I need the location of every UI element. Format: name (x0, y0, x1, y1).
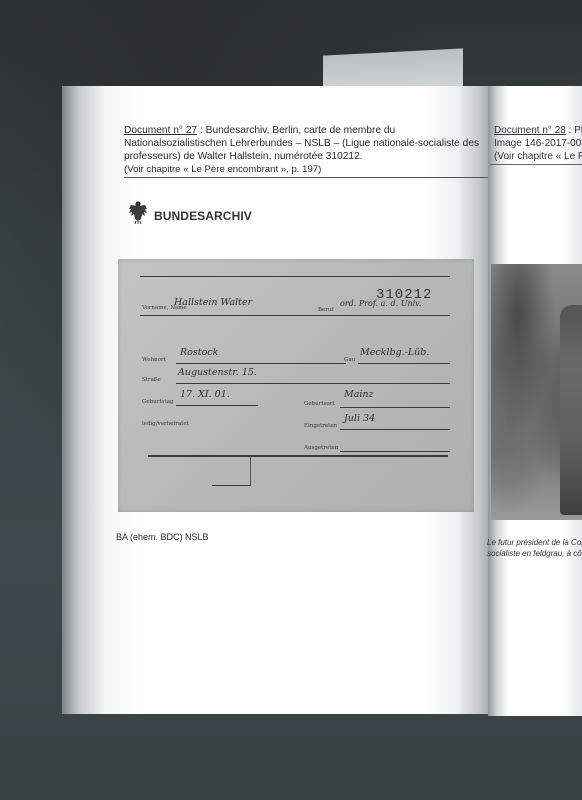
field-label: Beruf (318, 307, 334, 313)
card-rule (140, 276, 450, 277)
caption-text: : Ph (566, 125, 582, 136)
card-rule (140, 315, 450, 316)
card-rule (148, 455, 448, 457)
field-value: Juli 34 (344, 413, 375, 424)
field-label: ledig/verheiratet (142, 421, 189, 427)
photo-caption: Le futur président de la Com socialiste … (487, 537, 582, 559)
field-label: Eingetreten (304, 423, 337, 429)
bundesarchiv-logo: BUNDESARCHIV (128, 200, 252, 224)
caption-line: Image 146-2017-002, ( (494, 138, 582, 149)
membership-card: 310212 Vorname, Name Hallstein Walter Be… (118, 259, 474, 512)
card-rule (340, 407, 450, 408)
card-box-edge (250, 457, 251, 485)
field-label: Geburtsort (304, 401, 335, 407)
field-label: Ausgetreten (304, 445, 338, 451)
document-27-caption: Document n° 27 : Bundesarchiv, Berlin, c… (124, 124, 486, 176)
photo-credit: BA (ehem. BDC) NSLB (116, 532, 209, 542)
card-rule (176, 363, 346, 364)
photo-figure (560, 305, 582, 515)
card-rule (358, 363, 450, 364)
document-ref: Document n° 28 (494, 125, 566, 136)
field-value: Rostock (180, 347, 218, 358)
field-value: ord. Prof. a. d. Univ. (340, 299, 421, 308)
field-label: Wohnort (142, 357, 166, 363)
logo-text: BUNDESARCHIV (154, 209, 252, 223)
document-28-caption: Document n° 28 : Ph Image 146-2017-002, … (494, 124, 582, 163)
field-label: Straße (142, 377, 161, 383)
card-rule (340, 429, 450, 430)
document-ref: Document n° 27 (124, 125, 197, 136)
field-value: Hallstein Walter (174, 297, 252, 308)
caption-divider (124, 177, 488, 178)
field-value: 17. XI. 01. (180, 389, 230, 400)
caption-line: Le futur président de la Com (487, 538, 582, 547)
field-value: Augustenstr. 15. (178, 367, 257, 378)
field-label: Gau (344, 357, 355, 363)
card-rule (176, 405, 258, 406)
caption-line: (Voir chapitre « Le Père (494, 151, 582, 162)
caption-line: socialiste en feldgrau, à côté (487, 549, 582, 558)
caption-divider (490, 164, 582, 165)
see-also: (Voir chapitre « Le Père encombrant », p… (124, 164, 321, 175)
field-value: Mainz (344, 389, 374, 400)
card-rule (176, 383, 450, 384)
card-rule (340, 451, 450, 452)
card-rule (212, 485, 251, 486)
field-value: Mecklbg.-Lüb. (360, 347, 429, 358)
field-label: Geburtstag (142, 399, 173, 405)
federal-eagle-icon (128, 200, 148, 224)
